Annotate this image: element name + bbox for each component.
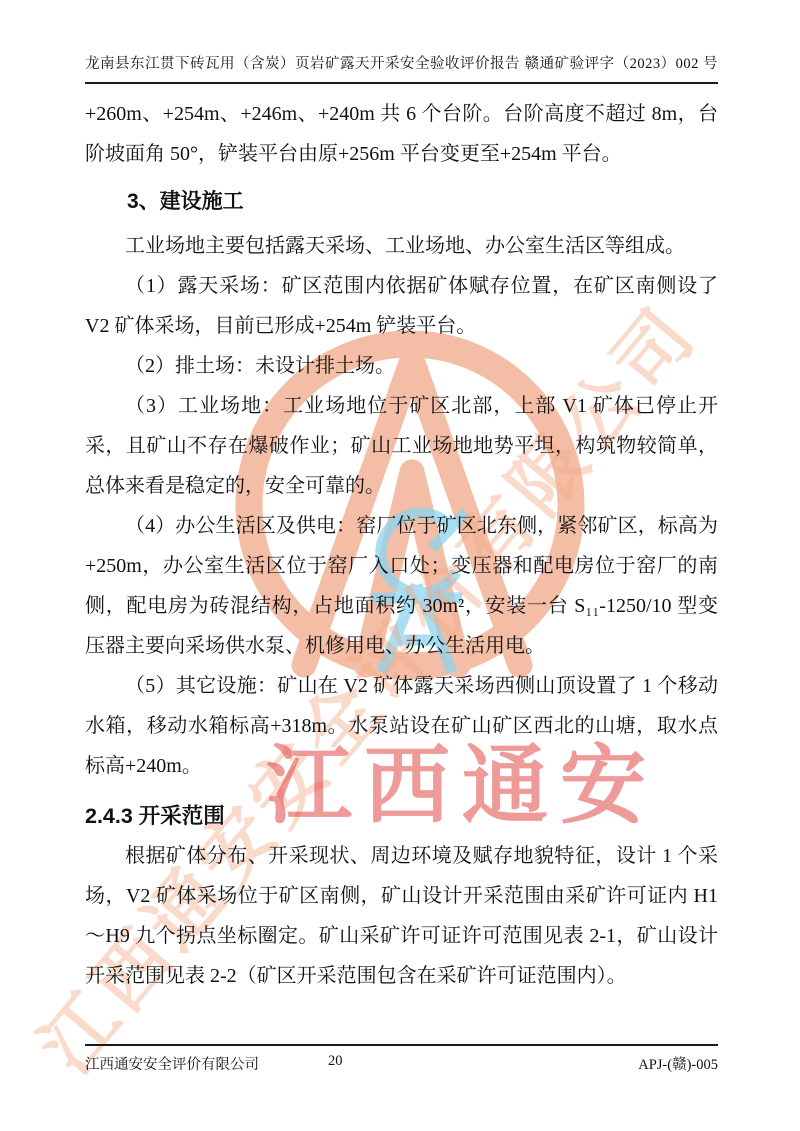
footer-doc-code: APJ-(赣)-005 bbox=[638, 1053, 718, 1074]
paragraph-item1-open-pit: （1）露天采场：矿区范围内依据矿体赋存位置，在矿区南侧设了 V2 矿体采场，目前… bbox=[85, 266, 718, 346]
paragraph-item5-other-facilities: （5）其它设施：矿山在 V2 矿体露天采场西侧山顶设置了 1 个移动水箱，移动水… bbox=[85, 666, 718, 786]
document-page: 江西通安安全评价有限公司 江西通安 龙南县东江贯下砖瓦用（含炭）页岩矿露天开采安… bbox=[0, 0, 800, 1131]
footer-company: 江西通安安全评价有限公司 bbox=[85, 1053, 259, 1074]
paragraph-item4-office-power: （4）办公生活区及供电：窑厂位于矿区北东侧，紧邻矿区，标高为+250m，办公室生… bbox=[85, 506, 718, 666]
header-doc-number: 赣通矿验评字（2023）002 号 bbox=[525, 52, 718, 73]
paragraph-mining-range: 根据矿体分布、开采现状、周边环境及赋存地貌特征，设计 1 个采场，V2 矿体采场… bbox=[85, 836, 718, 996]
page-footer: 江西通安安全评价有限公司 20 APJ-(赣)-005 bbox=[85, 1044, 718, 1083]
page-header: 龙南县东江贯下砖瓦用（含炭）页岩矿露天开采安全验收评价报告 赣通矿验评字（202… bbox=[85, 52, 718, 84]
heading-mining-range: 2.4.3 开采范围 bbox=[85, 796, 718, 836]
paragraph-item3-industrial-site: （3）工业场地：工业场地位于矿区北部，上部 V1 矿体已停止开采，且矿山不存在爆… bbox=[85, 386, 718, 506]
heading-construction: 3、建设施工 bbox=[85, 182, 718, 222]
footer-page-number: 20 bbox=[328, 1053, 343, 1070]
paragraph-benches: +260m、+254m、+246m、+240m 共 6 个台阶。台阶高度不超过 … bbox=[85, 94, 718, 174]
header-report-title: 龙南县东江贯下砖瓦用（含炭）页岩矿露天开采安全验收评价报告 bbox=[85, 52, 520, 73]
document-body: +260m、+254m、+246m、+240m 共 6 个台阶。台阶高度不超过 … bbox=[85, 94, 718, 996]
paragraph-item2-dump: （2）排土场：未设计排土场。 bbox=[85, 346, 718, 386]
paragraph-site-overview: 工业场地主要包括露天采场、工业场地、办公室生活区等组成。 bbox=[85, 226, 718, 266]
